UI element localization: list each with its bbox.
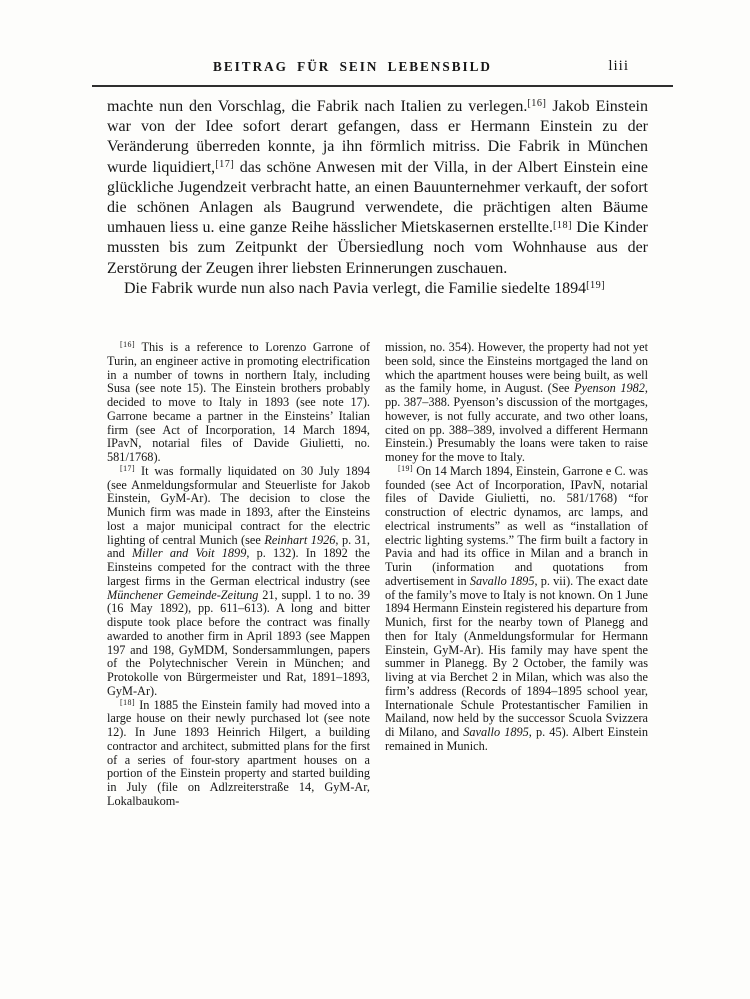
footnote-ref: [16] [120,340,135,349]
page-number: liii [608,58,629,75]
footnote-ref: [19] [586,280,605,291]
footnote-ref: [17] [120,464,135,473]
footnotes-section: [16] This is a reference to Lorenzo Garr… [107,341,648,809]
footnote-ref: [18] [120,698,135,707]
italic-citation: Reinhart 1926 [264,533,335,547]
footnotes-left-column: [16] This is a reference to Lorenzo Garr… [107,341,370,809]
italic-citation: Münchener Gemeinde-Zeitung [107,588,258,602]
footnotes-right-column: mission, no. 354). However, the property… [385,341,648,809]
paragraph: Die Fabrik wurde nun also nach Pavia ver… [107,279,648,299]
italic-citation: Savallo 1895 [463,725,529,739]
book-page: BEITRAG FÜR SEIN LEBENSBILD liii machte … [0,0,750,999]
italic-citation: Savallo 1895 [470,574,535,588]
paragraph: [16] This is a reference to Lorenzo Garr… [107,341,370,465]
page-title: BEITRAG FÜR SEIN LEBENSBILD [92,59,613,75]
main-text-block: machte nun den Vorschlag, die Fabrik nac… [107,97,648,299]
italic-citation: Pyenson 1982 [574,381,645,395]
header-rule [92,85,673,87]
paragraph: [18] In 1885 the Einstein family had mov… [107,699,370,809]
paragraph: [17] It was formally liquidated on 30 Ju… [107,465,370,699]
footnote-ref: [18] [553,220,572,231]
paragraph: machte nun den Vorschlag, die Fabrik nac… [107,97,648,279]
paragraph: [19] On 14 March 1894, Einstein, Garrone… [385,465,648,754]
footnote-ref: [19] [398,464,413,473]
running-head: BEITRAG FÜR SEIN LEBENSBILD liii [92,59,673,81]
footnote-ref: [16] [527,98,546,109]
italic-citation: Miller and Voit 1899 [132,546,246,560]
paragraph: mission, no. 354). However, the property… [385,341,648,465]
footnote-ref: [17] [215,159,234,170]
